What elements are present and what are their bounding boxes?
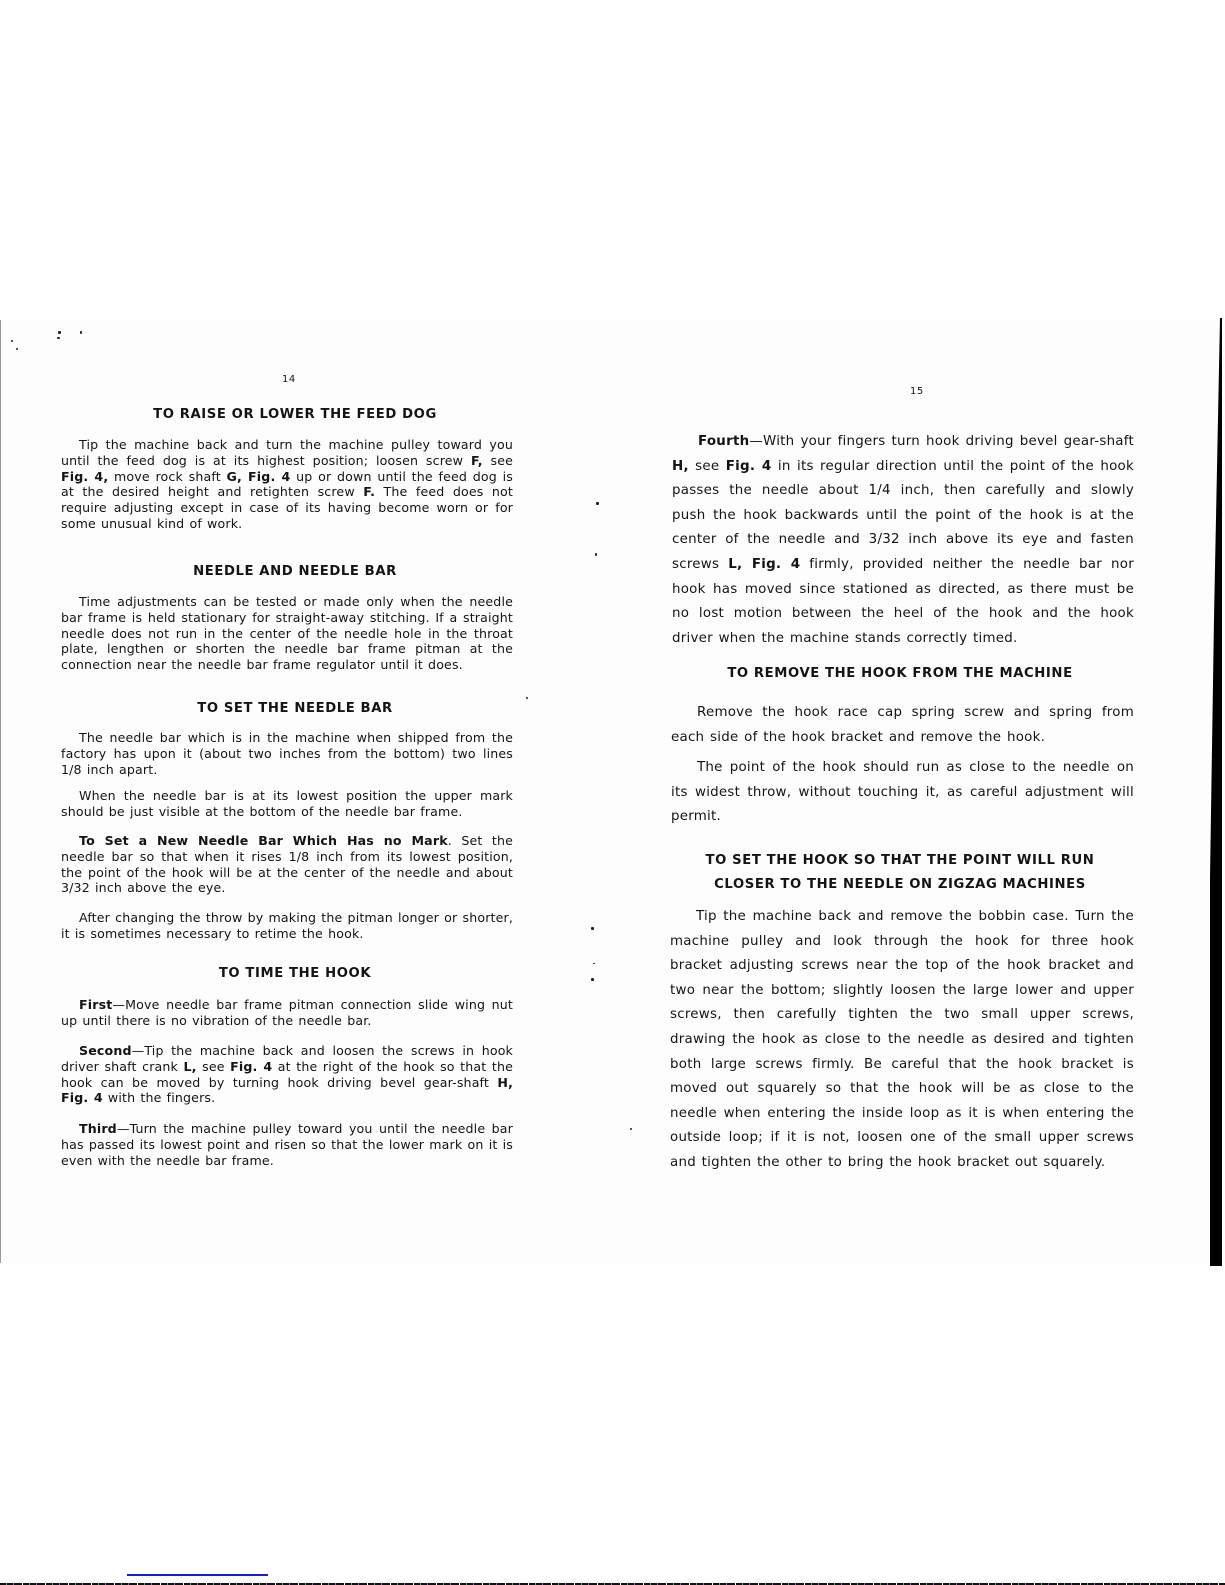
section-heading-time-the-hook: TO TIME THE HOOK — [60, 966, 530, 981]
scan-speck — [595, 553, 597, 556]
bold-reference: L, Fig. 4 — [728, 557, 800, 572]
paragraph: After changing the throw by making the p… — [61, 910, 513, 942]
bold-reference: F. — [363, 484, 375, 499]
paragraph: The needle bar which is in the machine w… — [61, 730, 513, 777]
text-run: see — [483, 453, 513, 468]
text-run: When the needle bar is at its lowest pos… — [61, 788, 513, 819]
text-run: —Move needle bar frame pitman connection… — [61, 997, 513, 1028]
paragraph: Remove the hook race cap spring screw an… — [671, 701, 1134, 750]
bold-reference: Fig. 4 — [230, 1059, 272, 1074]
bold-reference: L, — [184, 1059, 197, 1074]
paragraph: Second—Tip the machine back and loosen t… — [61, 1043, 513, 1106]
section-heading-needle-and-needle-bar: NEEDLE AND NEEDLE BAR — [60, 564, 530, 579]
bold-reference: Third — [79, 1121, 117, 1136]
scan-left-edge — [0, 320, 1, 1263]
paragraph: When the needle bar is at its lowest pos… — [61, 788, 513, 820]
scan-speck — [57, 337, 60, 339]
text-run: —With your fingers turn hook driving bev… — [749, 434, 1134, 449]
text-run: with the fingers. — [103, 1090, 216, 1105]
scan-speck — [630, 1128, 632, 1130]
section-heading-feed-dog: TO RAISE OR LOWER THE FEED DOG — [60, 407, 530, 422]
text-run: in its regular direction until the point… — [672, 459, 1134, 572]
scan-speck — [526, 697, 528, 699]
scan-speck — [593, 963, 595, 964]
page-number-right: 15 — [910, 386, 924, 397]
paragraph: The point of the hook should run as clos… — [671, 756, 1134, 830]
paragraph: First—Move needle bar frame pitman conne… — [61, 997, 513, 1029]
paragraph: Tip the machine back and turn the machin… — [61, 437, 513, 532]
bold-reference: First — [79, 997, 112, 1012]
paragraph: Fourth—With your fingers turn hook drivi… — [672, 430, 1134, 651]
section-heading-remove-hook: TO REMOVE THE HOOK FROM THE MACHINE — [660, 666, 1140, 681]
text-run: Time adjustments can be tested or made o… — [61, 594, 513, 672]
scan-speck — [11, 340, 13, 342]
paragraph: To Set a New Needle Bar Which Has no Mar… — [61, 833, 513, 896]
scan-speck — [58, 331, 61, 334]
section-heading-set-needle-bar: TO SET THE NEEDLE BAR — [60, 701, 530, 716]
scan-speck — [80, 331, 82, 334]
link-underline — [127, 1574, 268, 1576]
bold-reference: Fourth — [698, 434, 749, 449]
bold-reference: To Set a New Needle Bar Which Has no Mar… — [79, 833, 448, 848]
scan-speck — [591, 978, 594, 981]
paragraph: Time adjustments can be tested or made o… — [61, 594, 513, 673]
bold-reference: Fig. 4 — [726, 459, 772, 474]
heading-line: CLOSER TO THE NEEDLE ON ZIGZAG MACHINES — [660, 873, 1140, 897]
bold-reference: G, Fig. 4 — [227, 469, 291, 484]
text-run: see — [197, 1059, 231, 1074]
text-run: After changing the throw by making the p… — [61, 910, 513, 941]
text-run: move rock shaft — [108, 469, 226, 484]
scan-speck — [16, 348, 18, 350]
text-run: —Turn the machine pulley toward you unti… — [61, 1121, 513, 1168]
heading-line: TO SET THE HOOK SO THAT THE POINT WILL R… — [660, 849, 1140, 873]
scan-speck — [596, 502, 599, 505]
bold-reference: Fig. 4, — [61, 469, 108, 484]
text-run: Remove the hook race cap spring screw an… — [671, 705, 1134, 745]
text-run: The point of the hook should run as clos… — [671, 760, 1134, 824]
bold-reference: Second — [79, 1043, 132, 1058]
scan-speck — [591, 927, 594, 930]
text-run: The needle bar which is in the machine w… — [61, 730, 513, 777]
bold-reference: F, — [471, 453, 483, 468]
text-run: see — [689, 459, 726, 474]
text-run: Tip the machine back and remove the bobb… — [670, 909, 1134, 1170]
page-number-left: 14 — [282, 374, 296, 385]
bold-reference: H, — [672, 459, 689, 474]
text-run: Tip the machine back and turn the machin… — [61, 437, 513, 468]
binding-shadow-edge — [1210, 318, 1222, 1266]
paragraph: Tip the machine back and remove the bobb… — [670, 905, 1134, 1176]
section-heading-set-hook-zigzag: TO SET THE HOOK SO THAT THE POINT WILL R… — [660, 849, 1140, 897]
paragraph: Third—Turn the machine pulley toward you… — [61, 1121, 513, 1168]
